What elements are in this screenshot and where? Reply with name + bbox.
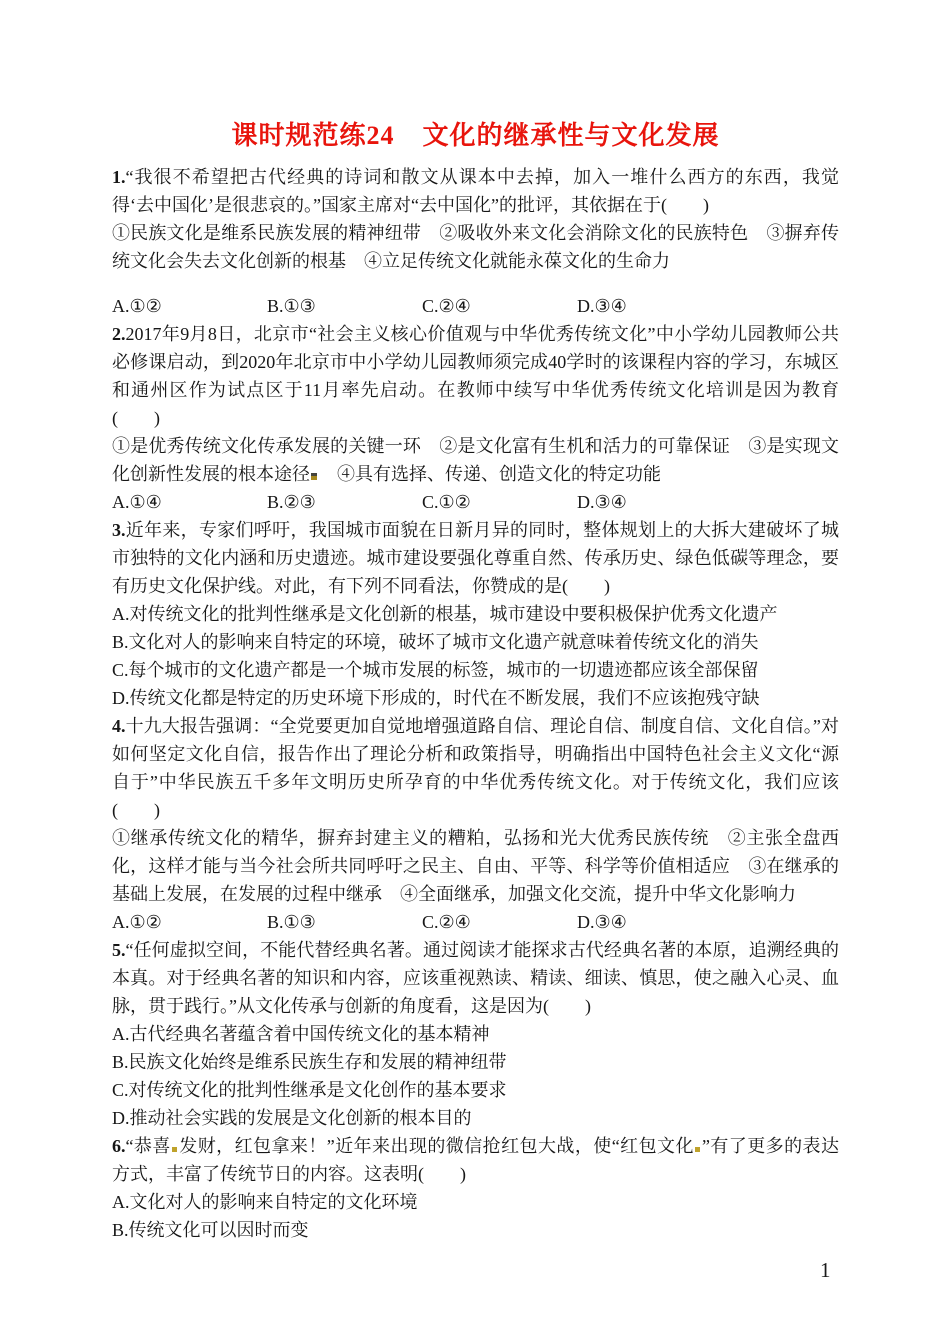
choice-option-b: B.①③ (267, 908, 422, 936)
document-content: 课时规范练24 文化的继承性与文化发展 1.“我很不希望把古代经典的诗词和散文从… (112, 120, 839, 1244)
choice-option-a: A.①② (112, 292, 267, 320)
choice-option-c: C.②④ (422, 292, 577, 320)
choice-option-a: A.①② (112, 908, 267, 936)
question-stem: 2017年9月8日，北京市“社会主义核心价值观与中华优秀传统文化”中小学幼儿园教… (112, 324, 839, 428)
choices-row: A.①④B.②③C.①②D.③④ (112, 488, 839, 516)
choice-option-b: B.民族文化始终是维系民族生存和发展的精神纽带 (112, 1048, 839, 1076)
choice-option-b: B.传统文化可以因时而变 (112, 1216, 839, 1244)
choice-option-a: A.①④ (112, 488, 267, 516)
question-number: 4. (112, 716, 126, 736)
choice-option-b: B.①③ (267, 292, 422, 320)
choice-option-c: C.②④ (422, 908, 577, 936)
annotation-dot-icon (172, 1147, 177, 1152)
choice-option-b: B.②③ (267, 488, 422, 516)
page-number: 1 (820, 1258, 831, 1282)
page-title: 课时规范练24 文化的继承性与文化发展 (112, 120, 839, 152)
choice-option-c: C.每个城市的文化遗产都是一个城市发展的标签，城市的一切遗迹都应该全部保留 (112, 656, 839, 684)
question-items: ①是优秀传统文化传承发展的关键一环 ②是文化富有生机和活力的可靠保证 ③是实现文… (112, 432, 839, 488)
question-stem-part: 发财，红包拿来！”近年来出现的微信抢红包大战，使“红包文化 (179, 1136, 694, 1156)
question-items: ①继承传统文化的精华，摒弃封建主义的糟粕，弘扬和光大优秀民族传统 ②主张全盘西化… (112, 824, 839, 908)
choice-option-d: D.③④ (577, 908, 627, 936)
question-stem-part: “恭喜 (126, 1136, 171, 1156)
question-stem: “我很不希望把古代经典的诗词和散文从课本中去掉，加入一堆什么西方的东西，我觉得‘… (112, 167, 839, 215)
question-block-4: 4.十九大报告强调：“全党要更加自觉地增强道路自信、理论自信、制度自信、文化自信… (112, 712, 839, 936)
question-number: 2. (112, 324, 126, 344)
annotation-dot-icon (311, 473, 317, 480)
choice-option-a: A.对传统文化的批判性继承是文化创新的根基，城市建设中要积极保护优秀文化遗产 (112, 600, 839, 628)
blank-line (112, 275, 839, 292)
question-block-5: 5.“任何虚拟空间，不能代替经典名著。通过阅读才能探求古代经典名著的本原，追溯经… (112, 936, 839, 1132)
choices-row: A.①②B.①③C.②④D.③④ (112, 908, 839, 936)
choice-option-a: A.古代经典名著蕴含着中国传统文化的基本精神 (112, 1020, 839, 1048)
question-block-3: 3.近年来，专家们呼吁，我国城市面貌在日新月异的同时，整体规划上的大拆大建破坏了… (112, 516, 839, 712)
question-number: 6. (112, 1136, 126, 1156)
question-items-text: ④具有选择、传递、创造文化的特定功能 (319, 464, 661, 484)
question-stem: “任何虚拟空间，不能代替经典名著。通过阅读才能探求古代经典名著的本原，追溯经典的… (112, 940, 839, 1016)
question-block-2: 2.2017年9月8日，北京市“社会主义核心价值观与中华优秀传统文化”中小学幼儿… (112, 320, 839, 516)
worksheet-page: 课时规范练24 文化的继承性与文化发展 1.“我很不希望把古代经典的诗词和散文从… (0, 0, 950, 1344)
question-block-1: 1.“我很不希望把古代经典的诗词和散文从课本中去掉，加入一堆什么西方的东西，我觉… (112, 163, 839, 320)
choice-option-c: C.①② (422, 488, 577, 516)
question-block-6: 6.“恭喜发财，红包拿来！”近年来出现的微信抢红包大战，使“红包文化”有了更多的… (112, 1132, 839, 1244)
question-number: 1. (112, 167, 126, 187)
question-stem: 近年来，专家们呼吁，我国城市面貌在日新月异的同时，整体规划上的大拆大建破坏了城市… (112, 520, 839, 596)
choice-option-d: D.③④ (577, 488, 627, 516)
question-number: 5. (112, 940, 126, 960)
question-number: 3. (112, 520, 126, 540)
choice-option-c: C.对传统文化的批判性继承是文化创作的基本要求 (112, 1076, 839, 1104)
annotation-dot-icon (695, 1147, 700, 1152)
choice-option-d: D.推动社会实践的发展是文化创新的根本目的 (112, 1104, 839, 1132)
choice-option-a: A.文化对人的影响来自特定的文化环境 (112, 1188, 839, 1216)
question-stem: 十九大报告强调：“全党要更加自觉地增强道路自信、理论自信、制度自信、文化自信。”… (112, 716, 839, 820)
choice-option-d: D.传统文化都是特定的历史环境下形成的，时代在不断发展，我们不应该抱残守缺 (112, 684, 839, 712)
choices-row: A.①②B.①③C.②④D.③④ (112, 292, 839, 320)
choice-option-d: D.③④ (577, 292, 627, 320)
question-items: ①民族文化是维系民族发展的精神纽带 ②吸收外来文化会消除文化的民族特色 ③摒弃传… (112, 219, 839, 275)
choice-option-b: B.文化对人的影响来自特定的环境，破坏了城市文化遗产就意味着传统文化的消失 (112, 628, 839, 656)
